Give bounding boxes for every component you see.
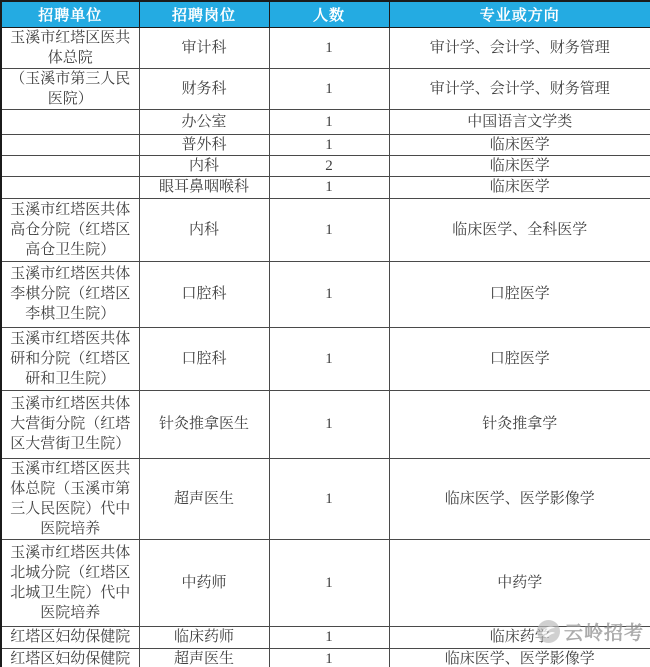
cell-position: 眼耳鼻咽喉科 [139,176,269,198]
cell-count: 1 [269,176,389,198]
cell-major: 审计学、会计学、财务管理 [389,27,650,68]
cell-unit: 玉溪市红塔医共体李棋分院（红塔区李棋卫生院） [1,261,139,327]
cell-unit: 玉溪市红塔区医共体总院（玉溪市第三人民医院）代中医院培养 [1,458,139,539]
recruitment-table: 招聘单位 招聘岗位 人数 专业或方向 玉溪市红塔区医共体总院 审计科 1 审计学… [0,0,650,667]
table-row: 玉溪市红塔区医共体总院（玉溪市第三人民医院）代中医院培养 超声医生 1 临床医学… [1,458,650,539]
recruitment-table-page: 招聘单位 招聘岗位 人数 专业或方向 玉溪市红塔区医共体总院 审计科 1 审计学… [0,0,650,667]
cell-position: 口腔科 [139,327,269,390]
cell-major: 临床医学、医学影像学 [389,648,650,667]
cell-position: 办公室 [139,109,269,134]
cell-major: 中药学 [389,539,650,626]
cell-unit: 玉溪市红塔医共体高仓分院（红塔区高仓卫生院） [1,198,139,261]
cell-count: 1 [269,626,389,648]
cell-position: 针灸推拿医生 [139,390,269,458]
table-row: 玉溪市红塔医共体研和分院（红塔区研和卫生院） 口腔科 1 口腔医学 [1,327,650,390]
cell-count: 1 [269,27,389,68]
table-row: 普外科 1 临床医学 [1,134,650,155]
cell-major: 临床药学 [389,626,650,648]
cell-count: 1 [269,390,389,458]
cell-unit: 玉溪市红塔医共体研和分院（红塔区研和卫生院） [1,327,139,390]
cell-unit: 玉溪市红塔区医共体总院 [1,27,139,68]
cell-unit: 红塔区妇幼保健院 [1,626,139,648]
header-row: 招聘单位 招聘岗位 人数 专业或方向 [1,1,650,27]
table-row: 玉溪市红塔医共体大营街分院（红塔区大营街卫生院） 针灸推拿医生 1 针灸推拿学 [1,390,650,458]
table-row: 眼耳鼻咽喉科 1 临床医学 [1,176,650,198]
cell-unit: 玉溪市红塔医共体北城分院（红塔区北城卫生院）代中医院培养 [1,539,139,626]
cell-unit: 玉溪市红塔医共体大营街分院（红塔区大营街卫生院） [1,390,139,458]
cell-major: 口腔医学 [389,261,650,327]
column-header-position: 招聘岗位 [139,1,269,27]
cell-unit: 红塔区妇幼保健院 [1,648,139,667]
table-row: 玉溪市红塔医共体高仓分院（红塔区高仓卫生院） 内科 1 临床医学、全科医学 [1,198,650,261]
cell-major: 临床医学 [389,176,650,198]
cell-count: 1 [269,134,389,155]
table-row: 红塔区妇幼保健院 超声医生 1 临床医学、医学影像学 [1,648,650,667]
cell-count: 1 [269,68,389,109]
cell-position: 审计科 [139,27,269,68]
cell-major: 针灸推拿学 [389,390,650,458]
cell-position: 临床药师 [139,626,269,648]
table-row: 玉溪市红塔区医共体总院 审计科 1 审计学、会计学、财务管理 [1,27,650,68]
cell-count: 1 [269,198,389,261]
column-header-count: 人数 [269,1,389,27]
cell-count: 1 [269,648,389,667]
cell-major: 临床医学、全科医学 [389,198,650,261]
cell-unit [1,134,139,155]
table-row: （玉溪市第三人民医院） 财务科 1 审计学、会计学、财务管理 [1,68,650,109]
cell-major: 口腔医学 [389,327,650,390]
cell-major: 临床医学 [389,155,650,176]
cell-position: 口腔科 [139,261,269,327]
cell-position: 超声医生 [139,648,269,667]
table-row: 办公室 1 中国语言文学类 [1,109,650,134]
cell-major: 临床医学、医学影像学 [389,458,650,539]
column-header-unit: 招聘单位 [1,1,139,27]
cell-count: 1 [269,261,389,327]
table-row: 红塔区妇幼保健院 临床药师 1 临床药学 [1,626,650,648]
cell-position: 内科 [139,155,269,176]
cell-major: 中国语言文学类 [389,109,650,134]
table-row: 玉溪市红塔医共体北城分院（红塔区北城卫生院）代中医院培养 中药师 1 中药学 [1,539,650,626]
cell-count: 2 [269,155,389,176]
cell-count: 1 [269,539,389,626]
cell-position: 中药师 [139,539,269,626]
cell-position: 超声医生 [139,458,269,539]
table-row: 玉溪市红塔医共体李棋分院（红塔区李棋卫生院） 口腔科 1 口腔医学 [1,261,650,327]
cell-count: 1 [269,327,389,390]
cell-unit: （玉溪市第三人民医院） [1,68,139,109]
cell-unit [1,176,139,198]
table-row: 内科 2 临床医学 [1,155,650,176]
cell-unit [1,109,139,134]
cell-major: 审计学、会计学、财务管理 [389,68,650,109]
cell-position: 普外科 [139,134,269,155]
column-header-major: 专业或方向 [389,1,650,27]
cell-unit [1,155,139,176]
cell-count: 1 [269,458,389,539]
cell-position: 财务科 [139,68,269,109]
cell-position: 内科 [139,198,269,261]
cell-count: 1 [269,109,389,134]
cell-major: 临床医学 [389,134,650,155]
